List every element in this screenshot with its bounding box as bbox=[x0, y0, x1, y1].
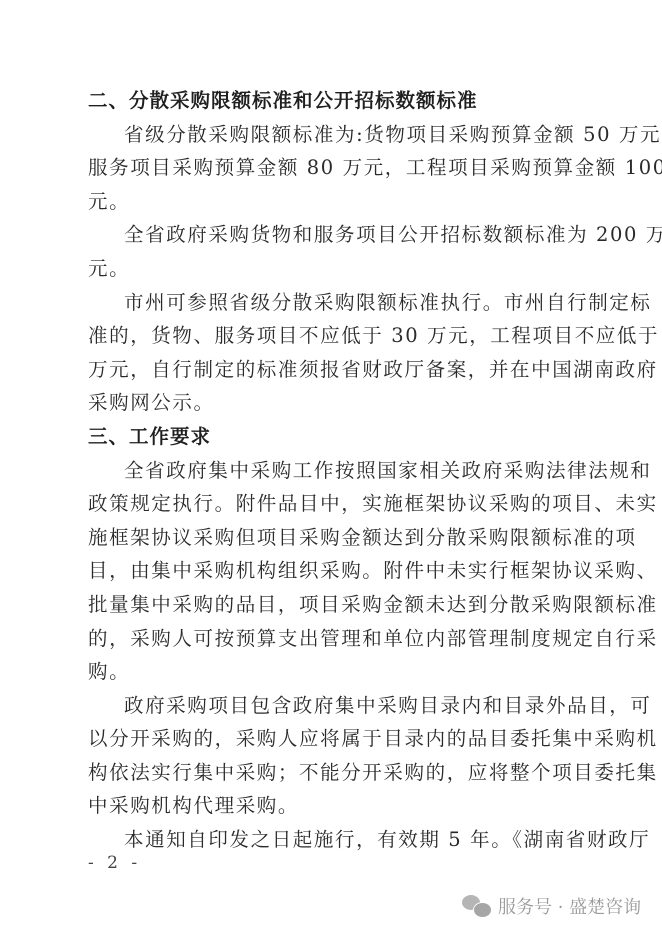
wechat-icon bbox=[462, 895, 492, 917]
paragraph-line: 施框架协议采购但项目采购金额达到分散采购限额标准的项 bbox=[88, 521, 574, 555]
paragraph-line: 以分开采购的，采购人应将属于目录内的品目委托集中采购机 bbox=[88, 722, 574, 756]
paragraph-line: 批量集中采购的品目，项目采购金额未达到分散采购限额标准 bbox=[88, 588, 574, 622]
watermark-text: 服务号 · 盛楚咨询 bbox=[498, 893, 641, 919]
paragraph-line: 中采购机构代理采购。 bbox=[88, 789, 574, 823]
paragraph-line: 元。 bbox=[88, 185, 574, 219]
paragraph-line: 万元，自行制定的标准须报省财政厅备案，并在中国湖南政府 bbox=[88, 353, 574, 387]
paragraph-line: 服务项目采购预算金额 80 万元，工程项目采购预算金额 100 万 bbox=[88, 151, 574, 185]
paragraph-line: 全省政府集中采购工作按照国家相关政府采购法律法规和 bbox=[88, 454, 574, 488]
paragraph-line: 元。 bbox=[88, 252, 574, 286]
paragraph-line: 采购网公示。 bbox=[88, 386, 574, 420]
paragraph-line: 构依法实行集中采购；不能分开采购的，应将整个项目委托集 bbox=[88, 756, 574, 790]
paragraph-line: 政策规定执行。附件品目中，实施框架协议采购的项目、未实 bbox=[88, 487, 574, 521]
watermark: 服务号 · 盛楚咨询 bbox=[462, 893, 641, 919]
paragraph-line: 的，采购人可按预算支出管理和单位内部管理制度规定自行采 bbox=[88, 622, 574, 656]
section-3-body: 全省政府集中采购工作按照国家相关政府采购法律法规和政策规定执行。附件品目中，实施… bbox=[88, 454, 574, 857]
paragraph-line: 准的，货物、服务项目不应低于 30 万元，工程项目不应低于 60 bbox=[88, 319, 574, 353]
section-2-body: 省级分散采购限额标准为:货物项目采购预算金额 50 万元,服务项目采购预算金额 … bbox=[88, 118, 574, 420]
section-heading-2: 二、分散采购限额标准和公开招标数额标准 bbox=[88, 84, 574, 118]
page-number: - 2 - bbox=[88, 853, 141, 873]
document-page: 二、分散采购限额标准和公开招标数额标准 省级分散采购限额标准为:货物项目采购预算… bbox=[88, 84, 574, 857]
section-heading-3: 三、工作要求 bbox=[88, 420, 574, 454]
paragraph-line: 购。 bbox=[88, 655, 574, 689]
paragraph-line: 市州可参照省级分散采购限额标准执行。市州自行制定标 bbox=[88, 286, 574, 320]
paragraph-line: 全省政府采购货物和服务项目公开招标数额标准为 200 万 bbox=[88, 218, 574, 252]
paragraph-line: 省级分散采购限额标准为:货物项目采购预算金额 50 万元, bbox=[88, 118, 574, 152]
paragraph-line: 目，由集中采购机构组织采购。附件中未实行框架协议采购、 bbox=[88, 554, 574, 588]
paragraph-line: 本通知自印发之日起施行，有效期 5 年。《湖南省财政厅 bbox=[88, 823, 574, 857]
paragraph-line: 政府采购项目包含政府集中采购目录内和目录外品目，可 bbox=[88, 689, 574, 723]
